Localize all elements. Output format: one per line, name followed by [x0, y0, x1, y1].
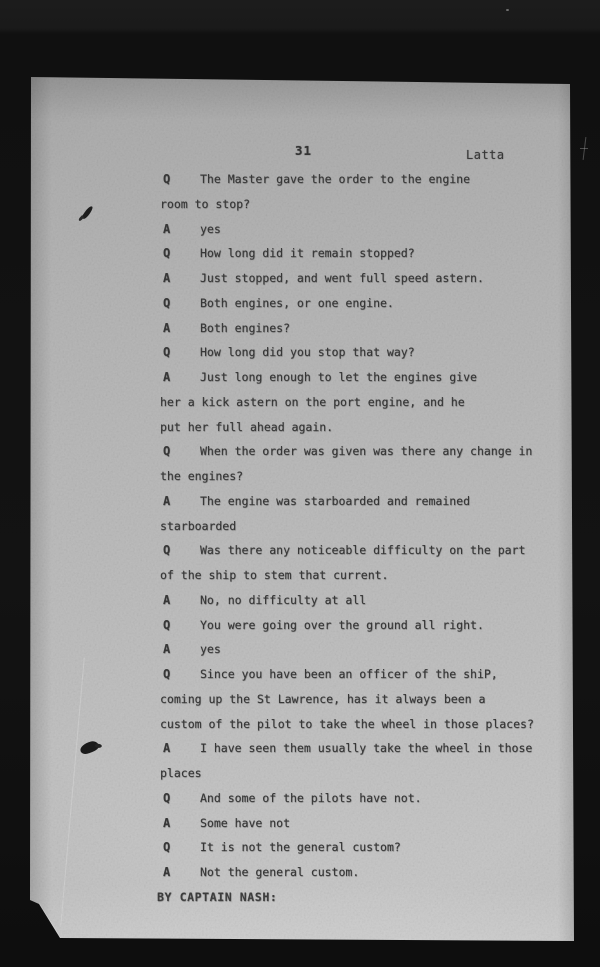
page-header: 31 Latta [30, 143, 574, 161]
transcript-line: AJust stopped, and went full speed aster… [30, 271, 574, 289]
line-text: of the ship to stem that current. [160, 568, 388, 582]
line-text: How long did you stop that way? [200, 345, 415, 359]
speaker-label: A [163, 642, 170, 656]
document-page: 31 Latta QThe Master gave the order to t… [30, 77, 574, 945]
line-text: her a kick astern on the port engine, an… [160, 395, 465, 409]
line-text: The engine was starboarded and remained [200, 494, 470, 508]
line-text: room to stop? [160, 197, 250, 211]
transcript-line: Ayes [30, 642, 574, 660]
transcript-line: ANot the general custom. [30, 865, 574, 883]
speaker-label: Q [163, 246, 170, 260]
speaker-label: A [163, 271, 170, 285]
line-text: Was there any noticeable difficulty on t… [200, 543, 525, 557]
speaker-label: A [163, 816, 170, 830]
transcript-line: QWas there any noticeable difficulty on … [30, 543, 574, 561]
transcript-line: QWhen the order was given was there any … [30, 444, 574, 462]
transcript-line: her a kick astern on the port engine, an… [30, 395, 574, 413]
speaker-label: A [163, 370, 170, 384]
transcript-line: the engines? [30, 469, 574, 487]
transcript-line: put her full ahead again. [30, 420, 574, 438]
transcript-line: room to stop? [30, 197, 574, 215]
transcript-line: QAnd some of the pilots have not. [30, 791, 574, 809]
transcript-line: Ayes [30, 222, 574, 240]
speaker-label: Q [163, 345, 170, 359]
witness-name: Latta [466, 148, 505, 162]
scratch-mark [580, 148, 588, 149]
transcript-line: AJust long enough to let the engines giv… [30, 370, 574, 388]
transcript-line: BY CAPTAIN NASH: [30, 890, 574, 908]
transcript-line: places [30, 766, 574, 784]
speaker-label: A [163, 865, 170, 879]
transcript-line: QBoth engines, or one engine. [30, 296, 574, 314]
transcript-line: ANo, no difficulty at all [30, 593, 574, 611]
speaker-label: Q [163, 840, 170, 854]
transcript-line: QYou were going over the ground all righ… [30, 618, 574, 636]
line-text: yes [200, 222, 221, 236]
speaker-label: Q [163, 791, 170, 805]
transcript-lines: QThe Master gave the order to the engine… [30, 172, 574, 932]
line-text: the engines? [160, 469, 243, 483]
transcript-line: AI have seen them usually take the wheel… [30, 741, 574, 759]
speaker-label: A [163, 494, 170, 508]
speaker-label: Q [163, 667, 170, 681]
dust-speck [506, 9, 509, 11]
speaker-label: Q [163, 172, 170, 186]
line-text: places [160, 766, 202, 780]
scanned-document-screenshot: { "page": { "kind": "typewritten transcr… [0, 0, 600, 967]
transcript-line: QIt is not the general custom? [30, 840, 574, 858]
line-text: custom of the pilot to take the wheel in… [160, 717, 534, 731]
speaker-label: A [163, 593, 170, 607]
line-text: Both engines? [200, 321, 290, 335]
line-text: BY CAPTAIN NASH: [157, 890, 277, 904]
line-text: starboarded [160, 519, 236, 533]
line-text: Some have not [200, 816, 290, 830]
transcript-line: QHow long did you stop that way? [30, 345, 574, 363]
line-text: It is not the general custom? [200, 840, 401, 854]
line-text: put her full ahead again. [160, 420, 333, 434]
transcript-line: AThe engine was starboarded and remained [30, 494, 574, 512]
line-text: You were going over the ground all right… [200, 618, 484, 632]
transcript-line: QThe Master gave the order to the engine [30, 172, 574, 190]
speaker-label: Q [163, 543, 170, 557]
line-text: How long did it remain stopped? [200, 246, 415, 260]
transcript-line: ABoth engines? [30, 321, 574, 339]
line-text: The Master gave the order to the engine [200, 172, 470, 186]
line-text: Not the general custom. [200, 865, 359, 879]
line-text: yes [200, 642, 221, 656]
speaker-label: Q [163, 444, 170, 458]
line-text: Since you have been an officer of the sh… [200, 667, 498, 681]
transcript-line: coming up the St Lawrence, has it always… [30, 692, 574, 710]
line-text: When the order was given was there any c… [200, 444, 532, 458]
line-text: Just stopped, and went full speed astern… [200, 271, 484, 285]
page-number: 31 [295, 143, 312, 158]
line-text: Both engines, or one engine. [200, 296, 394, 310]
line-text: Just long enough to let the engines give [200, 370, 477, 384]
transcript-line: QHow long did it remain stopped? [30, 246, 574, 264]
line-text: coming up the St Lawrence, has it always… [160, 692, 485, 706]
transcript-line: starboarded [30, 519, 574, 537]
transcript-line: of the ship to stem that current. [30, 568, 574, 586]
speaker-label: A [163, 321, 170, 335]
transcript-line: custom of the pilot to take the wheel in… [30, 717, 574, 735]
speaker-label: A [163, 222, 170, 236]
speaker-label: A [163, 741, 170, 755]
line-text: And some of the pilots have not. [200, 791, 422, 805]
transcript-line: QSince you have been an officer of the s… [30, 667, 574, 685]
speaker-label: Q [163, 296, 170, 310]
speaker-label: Q [163, 618, 170, 632]
line-text: No, no difficulty at all [200, 593, 366, 607]
transcript-line: ASome have not [30, 816, 574, 834]
line-text: I have seen them usually take the wheel … [200, 741, 532, 755]
